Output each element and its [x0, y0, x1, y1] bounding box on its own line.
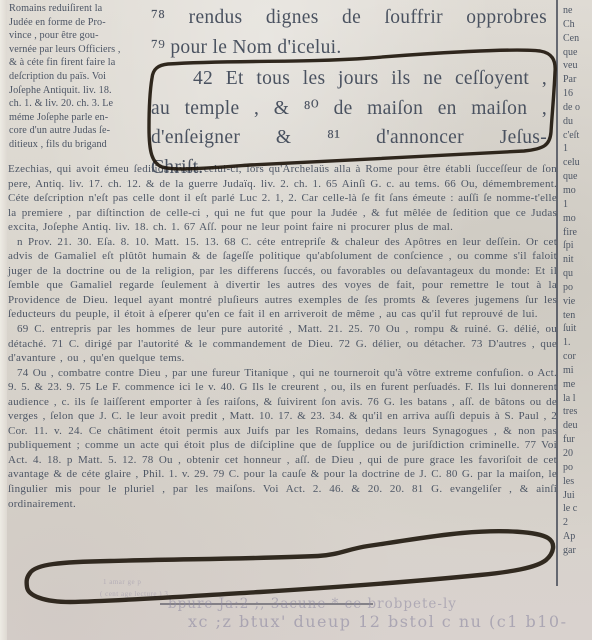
margin-text-fragment: po: [563, 281, 592, 295]
margin-text-fragment: ne: [563, 4, 592, 18]
margin-text-fragment: Par: [563, 73, 592, 87]
margin-text-fragment: c'eſt: [563, 129, 592, 143]
scripture-line-verse41b: ⁷⁹ pour le Nom d'icelui.: [151, 33, 547, 63]
margin-text-fragment: 20: [563, 447, 592, 461]
margin-text-fragment: gar: [563, 544, 592, 558]
margin-text-fragment: cor: [563, 350, 592, 364]
scanned-book-page: Romains reduiſirent laJudée en forme de …: [0, 0, 592, 640]
verse-42-line: d'enſeigner & ⁸¹ d'annoncer Jeſus-: [151, 123, 547, 153]
column-divider-rule: [556, 0, 558, 586]
left-column-line: Judée en forme de Pro-: [9, 16, 150, 30]
verse-42-line: au temple , & ⁸⁰ de maiſon en maiſon ,: [151, 94, 547, 124]
margin-text-fragment: la l: [563, 392, 592, 406]
margin-text-fragment: le c: [563, 502, 592, 516]
margin-text-fragment: ten: [563, 309, 592, 323]
left-column-line: ditieux , fils du brigand: [9, 138, 150, 152]
left-column-line: & à céte fin firent faire la: [9, 56, 150, 70]
margin-text-fragment: 1.: [563, 336, 592, 350]
left-column-line: core d'un autre Judas ſe-: [9, 124, 150, 138]
margin-text-fragment: deu: [563, 419, 592, 433]
faint-pencil-mark: 1 amar ge p: [103, 578, 141, 586]
left-column-line: Romains reduiſirent la: [9, 2, 150, 16]
left-column-line: vince , pour être gou-: [9, 29, 150, 43]
margin-text-fragment: Ch: [563, 18, 592, 32]
left-column-line: méme Joſephe parle en-: [9, 111, 150, 125]
right-margin-column: neChCenqueveuPar16de oduc'eſt1celuquemo1…: [563, 4, 592, 584]
margin-text-fragment: Ap: [563, 530, 592, 544]
margin-text-fragment: du: [563, 115, 592, 129]
bleedthrough-text-upper: bpure Ja:2 ;, 3acune * ce brobpete-ly: [168, 596, 457, 612]
verse-42-line: 42 Et tous les jours ils ne ceſſoyent ,: [151, 64, 547, 94]
footnote-paragraph: 74 Ou , combatre contre Dieu , par une f…: [8, 366, 557, 511]
margin-text-fragment: Cen: [563, 32, 592, 46]
margin-text-fragment: Jui: [563, 489, 592, 503]
margin-text-fragment: mo: [563, 184, 592, 198]
margin-text-fragment: 2: [563, 516, 592, 530]
margin-text-fragment: 1: [563, 142, 592, 156]
left-column-line: vernée par leurs Officiers ,: [9, 43, 150, 57]
scripture-line-verse41a: ⁷⁸ rendus dignes de ſouffrir opprobres: [151, 3, 547, 33]
margin-text-fragment: 16: [563, 87, 592, 101]
margin-text-fragment: que: [563, 170, 592, 184]
margin-text-fragment: que: [563, 46, 592, 60]
margin-text-fragment: ſpi: [563, 239, 592, 253]
margin-text-fragment: tres: [563, 405, 592, 419]
footnotes-section: Ezechias, qui avoit émeu ſedition avant …: [8, 162, 557, 511]
margin-text-fragment: de o: [563, 101, 592, 115]
margin-text-fragment: 1: [563, 198, 592, 212]
margin-text-fragment: veu: [563, 59, 592, 73]
left-column-line: ch. 1. & liv. 20. ch. 3. Le: [9, 97, 150, 111]
left-column-line: Joſephe Antiquit. liv. 18.: [9, 84, 150, 98]
margin-text-fragment: fur: [563, 433, 592, 447]
margin-text-fragment: nit: [563, 253, 592, 267]
page-left-edge: [0, 0, 7, 640]
margin-text-fragment: ſuit: [563, 322, 592, 336]
left-commentary-column: Romains reduiſirent laJudée en forme de …: [9, 2, 150, 152]
footnote-paragraph: Ezechias, qui avoit émeu ſedition avant …: [8, 162, 557, 235]
margin-text-fragment: vie: [563, 295, 592, 309]
footnote-paragraph: n Prov. 21. 30. Eſa. 8. 10. Matt. 15. 13…: [8, 235, 557, 322]
margin-text-fragment: mo: [563, 212, 592, 226]
left-column-line: deſcription du païs. Voi: [9, 70, 150, 84]
margin-text-fragment: po: [563, 461, 592, 475]
margin-text-fragment: les: [563, 475, 592, 489]
margin-text-fragment: celu: [563, 156, 592, 170]
margin-text-fragment: qu: [563, 267, 592, 281]
margin-text-fragment: me: [563, 378, 592, 392]
margin-text-fragment: fire: [563, 226, 592, 240]
bleedthrough-text-lower: xc ;z btux' dueup 12 bstol c nu (c1 b10-: [188, 612, 568, 631]
margin-text-fragment: mi: [563, 364, 592, 378]
scripture-column: ⁷⁸ rendus dignes de ſouffrir opprobres ⁷…: [151, 3, 547, 182]
faint-pencil-mark: ( cent age lecture ) 3: [100, 590, 168, 598]
footnote-paragraph: 69 C. entrepris par les hommes de leur p…: [8, 322, 557, 366]
